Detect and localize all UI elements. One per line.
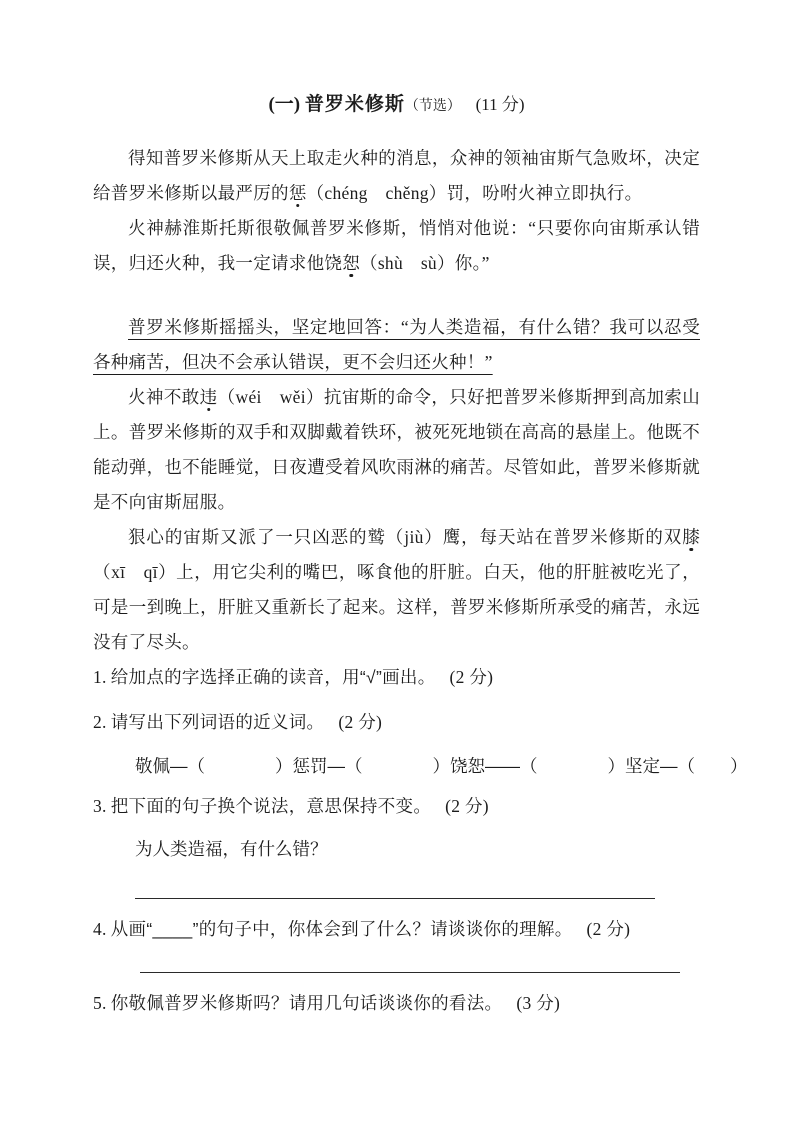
dotted-char-cheng: 惩	[289, 183, 307, 203]
text-run: 火神不敢	[128, 387, 200, 407]
question-3: 3.把下面的句子换个说法，意思保持不变。(2 分)	[93, 789, 700, 824]
question-number: 5.	[93, 993, 107, 1013]
answer-line-1	[135, 898, 655, 899]
question-4: 4.从画“____”的句子中，你体会到了什么？请谈谈你的理解。(2 分)	[93, 912, 700, 947]
question-score: (3 分)	[516, 993, 560, 1013]
question-score: (2 分)	[587, 919, 631, 939]
test-paper-page: (一) 普罗米修斯（节选） (11 分) 得知普罗米修斯从天上取走火种的消息，众…	[0, 0, 793, 1122]
question-score: (2 分)	[338, 712, 382, 732]
question-text: 请写出下列词语的近义词。	[111, 712, 325, 732]
question-number: 2.	[93, 712, 107, 732]
text-run: （xī qī）上，用它尖利的嘴巴，啄食他的肝脏。白天，他的肝脏被吃光了，可是一到…	[93, 562, 700, 652]
question-number: 1.	[93, 667, 107, 687]
question-text: 你敬佩普罗米修斯吗？请用几句话谈谈你的看法。	[111, 993, 503, 1013]
text-run: 狠心的宙斯又派了一只凶恶的鹫（jiù）鹰，每天站在普罗米修斯的双	[128, 527, 682, 547]
text-run: 普罗米修斯摇摇头，坚定地回答：“为人类造福，有什么错？我可以忍受各种痛苦，但决不…	[93, 317, 700, 372]
question-text: 给加点的字选择正确的读音，用“√”画出。	[111, 667, 436, 687]
question-score: (2 分)	[445, 796, 489, 816]
question-score: (2 分)	[450, 667, 494, 687]
passage-title-text: 普罗米修斯	[305, 94, 405, 115]
passage-title-note: （节选）	[405, 99, 461, 114]
dotted-char-wei: 违	[200, 387, 218, 407]
dotted-char-shu: 恕	[342, 253, 360, 273]
passage-title: (一) 普罗米修斯（节选） (11 分)	[93, 91, 700, 121]
paragraph-1: 得知普罗米修斯从天上取走火种的消息，众神的领袖宙斯气急败坏，决定给普罗米修斯以最…	[93, 141, 700, 211]
question-text: 把下面的句子换个说法，意思保持不变。	[111, 796, 431, 816]
paragraph-3-underlined: 普罗米修斯摇摇头，坚定地回答：“为人类造福，有什么错？我可以忍受各种痛苦，但决不…	[93, 310, 700, 380]
question-2: 2.请写出下列词语的近义词。(2 分)	[93, 705, 700, 740]
question-3-sentence: 为人类造福，有什么错？	[93, 832, 700, 867]
text-run: （chéng chěng）罚，吩咐火神立即执行。	[307, 183, 643, 203]
paragraph-4: 火神不敢违（wéi wěi）抗宙斯的命令，只好把普罗米修斯押到高加索山上。普罗米…	[93, 380, 700, 520]
reading-passage: 得知普罗米修斯从天上取走火种的消息，众神的领袖宙斯气急败坏，决定给普罗米修斯以最…	[93, 141, 700, 660]
question-1: 1.给加点的字选择正确的读音，用“√”画出。(2 分)	[93, 660, 700, 695]
paragraph-2: 火神赫淮斯托斯很敬佩普罗米修斯，悄悄对他说：“只要你向宙斯承认错误，归还火种，我…	[93, 211, 700, 281]
dotted-char-xi: 膝	[682, 527, 700, 547]
question-5: 5.你敬佩普罗米修斯吗？请用几句话谈谈你的看法。(3 分)	[93, 986, 700, 1021]
question-list: 1.给加点的字选择正确的读音，用“√”画出。(2 分) 2.请写出下列词语的近义…	[93, 660, 700, 1021]
question-number: 4.	[93, 919, 107, 939]
answer-line-2	[140, 972, 680, 973]
synonym-blanks-row: 敬佩—（ ）惩罚—（ ）饶恕——（ ）坚定—（ ）	[93, 749, 700, 784]
section-number: (一)	[268, 94, 300, 115]
text-run: （shù sù）你。”	[360, 253, 490, 273]
passage-score: (11 分)	[476, 95, 525, 114]
paragraph-5: 狠心的宙斯又派了一只凶恶的鹫（jiù）鹰，每天站在普罗米修斯的双膝（xī qī）…	[93, 520, 700, 660]
question-text: 从画“____”的句子中，你体会到了什么？请谈谈你的理解。	[111, 919, 573, 939]
question-number: 3.	[93, 796, 107, 816]
